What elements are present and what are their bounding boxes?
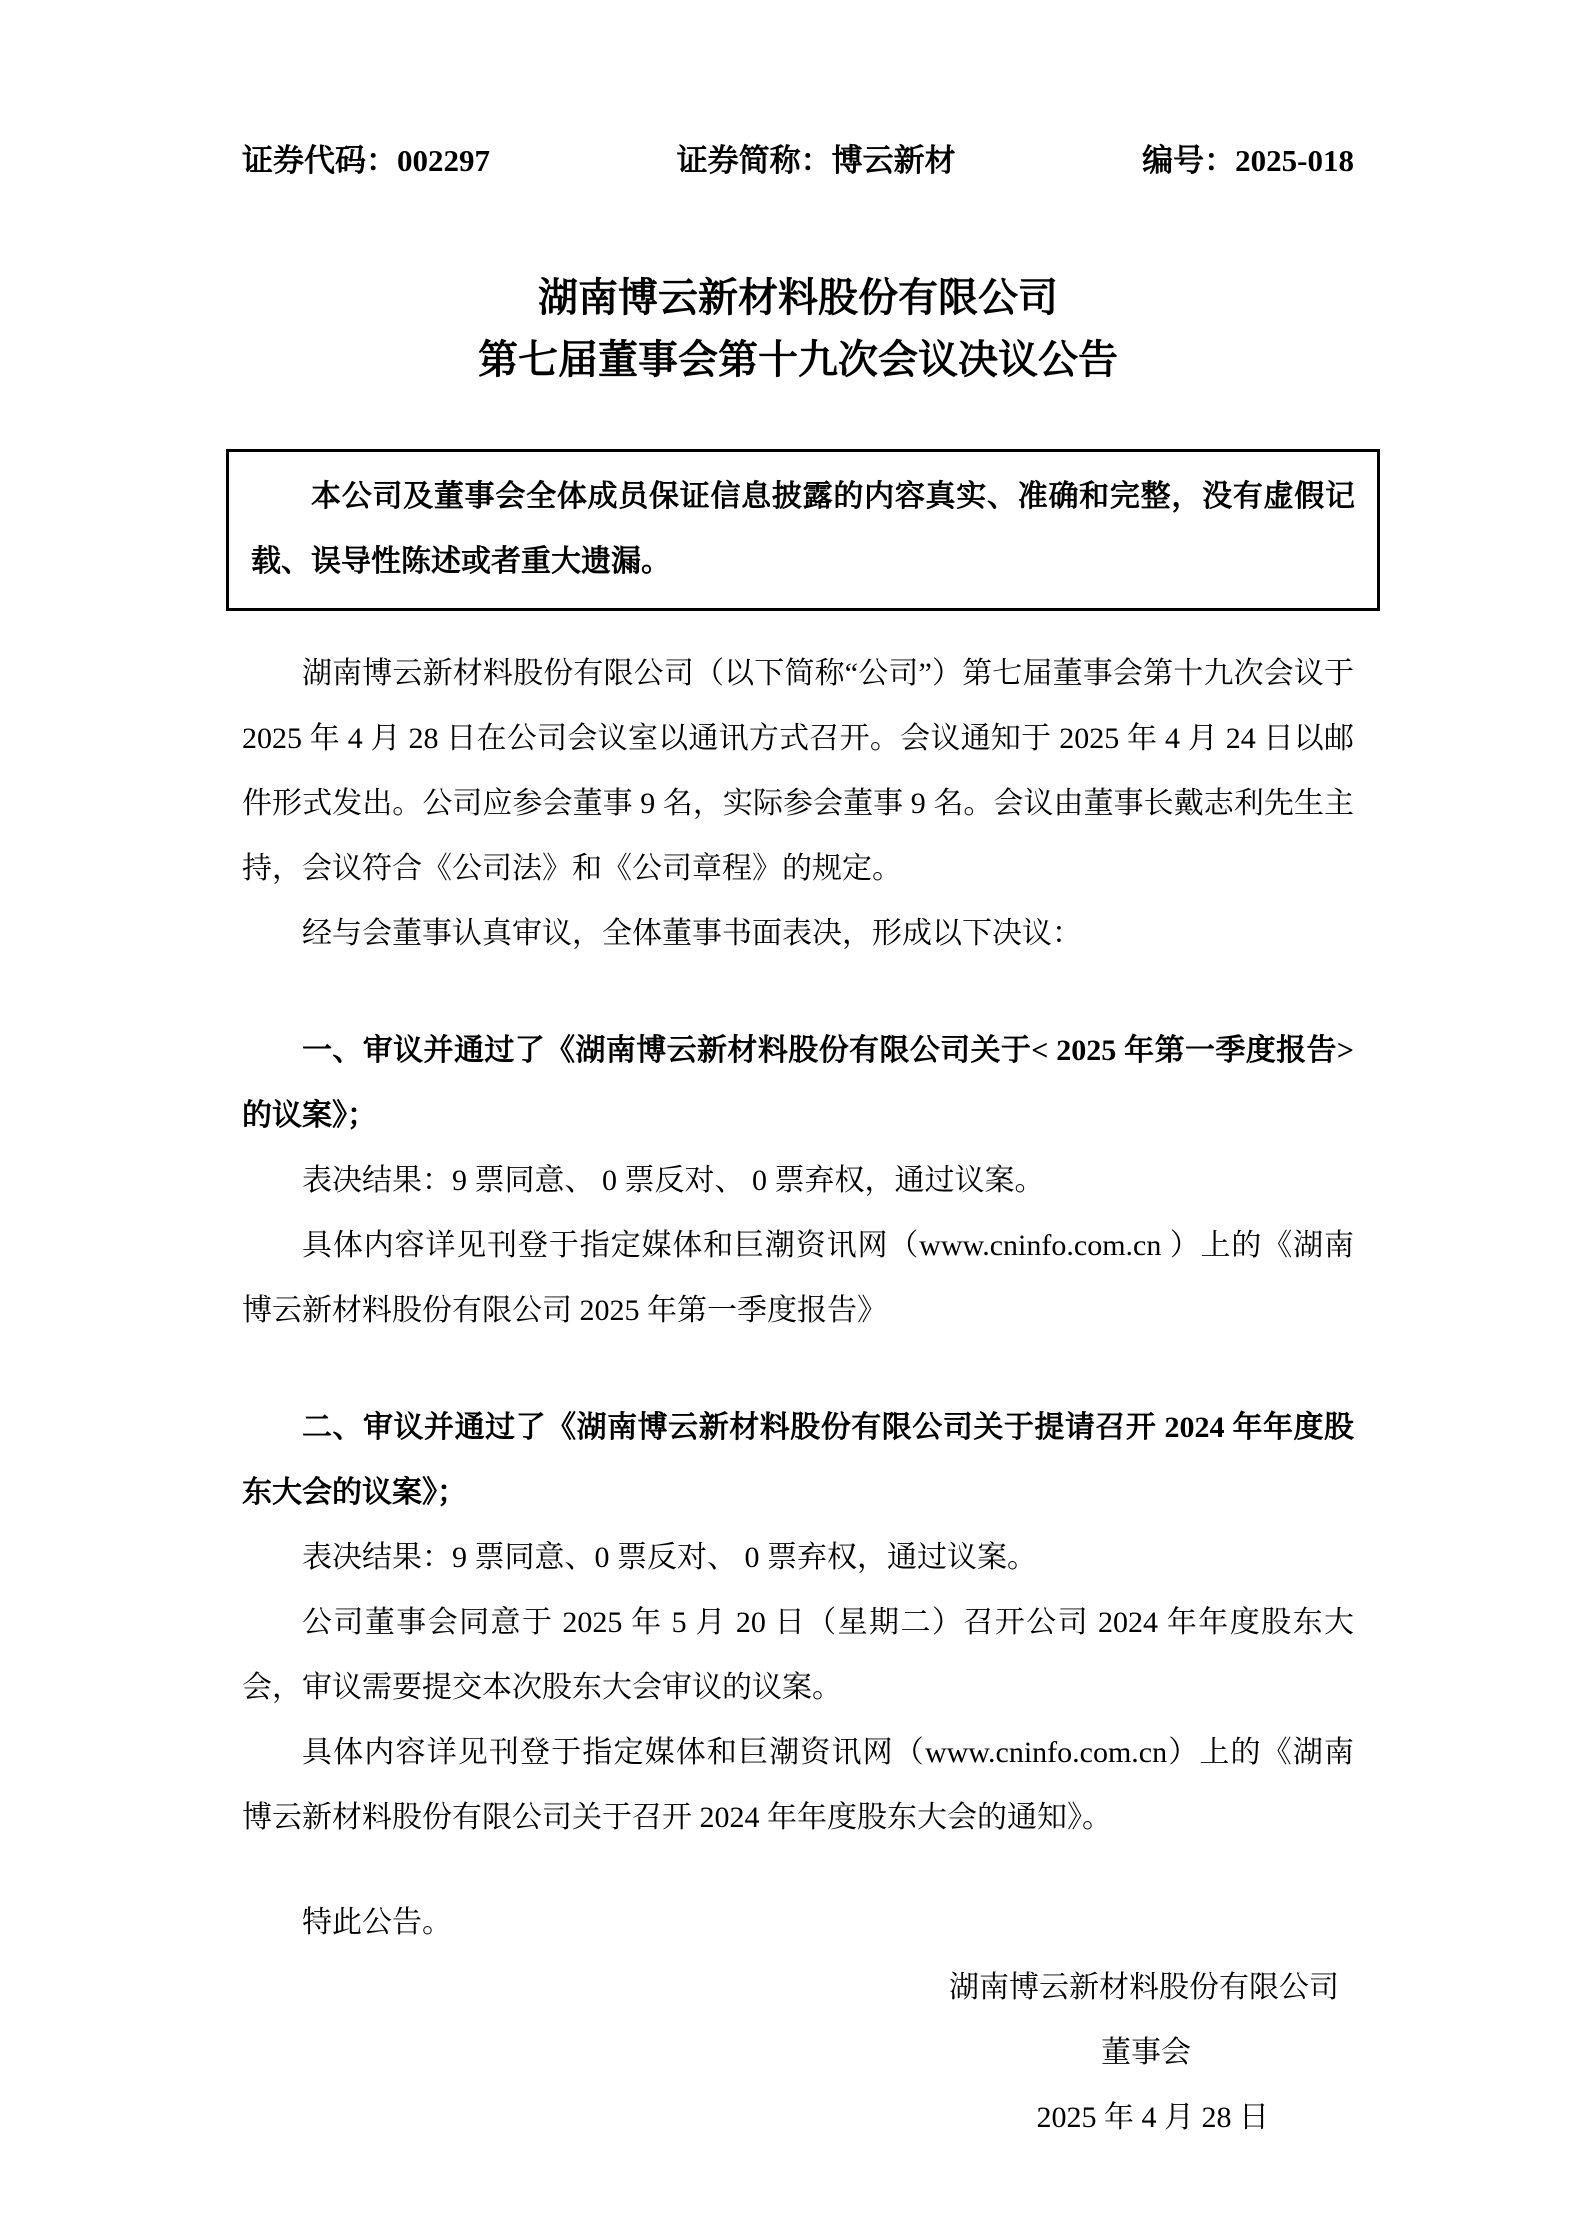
- body-paragraph: 经与会董事认真审议，全体董事书面表决，形成以下决议：: [242, 901, 1354, 966]
- signature-block: 湖南博云新材料股份有限公司 董事会 2025 年 4 月 28 日: [242, 1955, 1354, 2150]
- signature-company: 湖南博云新材料股份有限公司: [242, 1955, 1354, 2020]
- signature-date: 2025 年 4 月 28 日: [242, 2085, 1354, 2150]
- document-body: 湖南博云新材料股份有限公司（以下简称“公司”）第七届董事会第十九次会议于 202…: [242, 641, 1354, 1955]
- company-name-title-line: 湖南博云新材料股份有限公司: [242, 267, 1354, 329]
- body-paragraph: 湖南博云新材料股份有限公司（以下简称“公司”）第七届董事会第十九次会议于 202…: [242, 641, 1354, 901]
- resolution-heading: 二、审议并通过了《湖南博云新材料股份有限公司关于提请召开 2024 年年度股东大…: [242, 1395, 1354, 1525]
- body-paragraph: 具体内容详见刊登于指定媒体和巨潮资讯网（www.cninfo.com.cn）上的…: [242, 1720, 1354, 1850]
- announcement-number: 编号：2025-018: [1142, 140, 1354, 182]
- body-paragraph: 特此公告。: [242, 1890, 1354, 1955]
- body-paragraph: 表决结果：9 票同意、 0 票反对、 0 票弃权，通过议案。: [242, 1148, 1354, 1213]
- resolution-heading: 一、审议并通过了《湖南博云新材料股份有限公司关于< 2025 年第一季度报告>的…: [242, 1018, 1354, 1148]
- announcement-document-page: 证券代码：002297 证券简称：博云新材 编号：2025-018 湖南博云新材…: [0, 0, 1587, 2233]
- document-header-row: 证券代码：002297 证券简称：博云新材 编号：2025-018: [242, 140, 1354, 182]
- meeting-resolution-title-line: 第七届董事会第十九次会议决议公告: [242, 329, 1354, 391]
- signature-board: 董事会: [242, 2020, 1354, 2085]
- document-content: 证券代码：002297 证券简称：博云新材 编号：2025-018 湖南博云新材…: [242, 0, 1354, 2150]
- document-title: 湖南博云新材料股份有限公司 第七届董事会第十九次会议决议公告: [242, 267, 1354, 391]
- body-paragraph: 具体内容详见刊登于指定媒体和巨潮资讯网（www.cninfo.com.cn ）上…: [242, 1213, 1354, 1343]
- disclaimer-box: 本公司及董事会全体成员保证信息披露的内容真实、准确和完整，没有虚假记载、误导性陈…: [226, 449, 1380, 611]
- body-paragraph: 公司董事会同意于 2025 年 5 月 20 日（星期二）召开公司 2024 年…: [242, 1590, 1354, 1720]
- stock-code: 证券代码：002297: [242, 140, 490, 182]
- body-paragraph: 表决结果：9 票同意、0 票反对、 0 票弃权，通过议案。: [242, 1525, 1354, 1590]
- stock-abbreviation: 证券简称：博云新材: [677, 140, 956, 182]
- disclaimer-text: 本公司及董事会全体成员保证信息披露的内容真实、准确和完整，没有虚假记载、误导性陈…: [251, 464, 1355, 594]
